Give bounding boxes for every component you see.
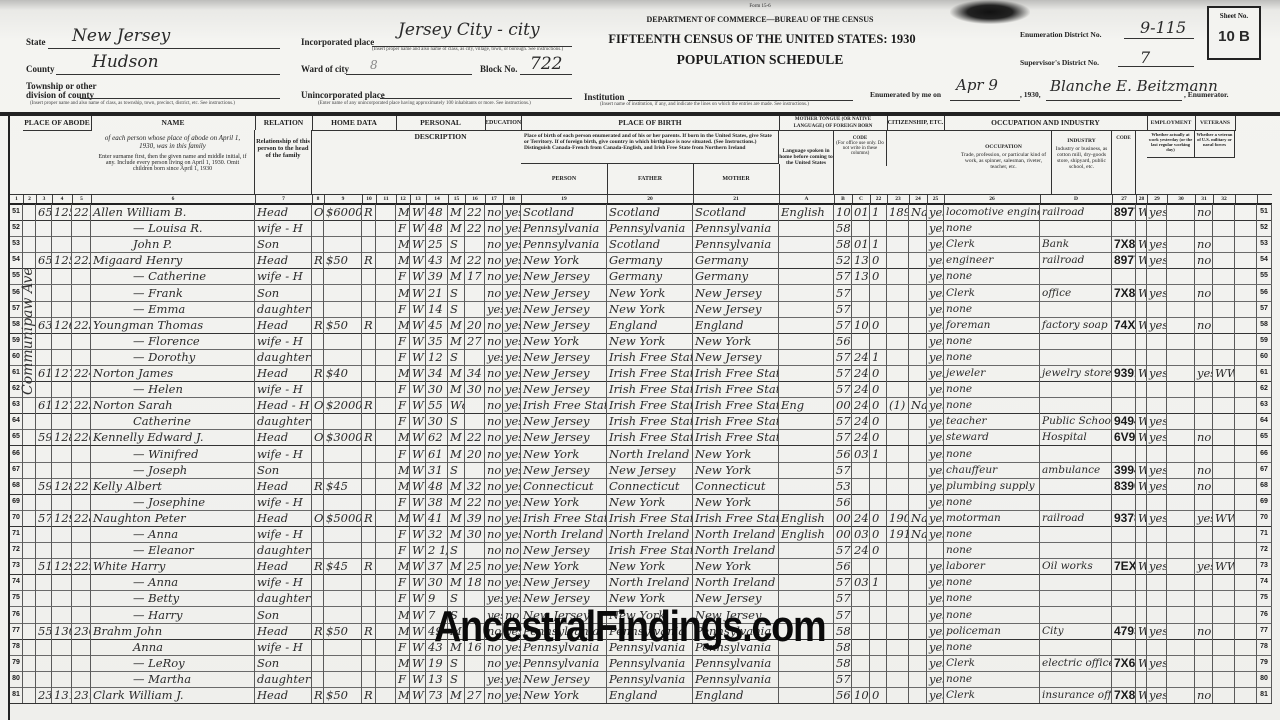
cell-birth: New York [521,446,607,462]
cell-vet-war [1213,429,1235,445]
cell-line: 69 [10,494,23,510]
cell-birth: New Jersey [521,317,607,333]
cell-sex: F [396,349,410,365]
cell-father: Scotland [607,236,693,252]
cell-code-d [1112,301,1136,317]
cell-right-line: 54 [1257,252,1272,268]
enumerated-date: Apr 9 [956,76,998,94]
cell-farm-sched [1235,510,1257,526]
cell-family [72,333,91,349]
cell-farm-sched [1235,655,1257,671]
cell-emp: yes [1147,478,1167,494]
cell-sex: F [396,446,410,462]
cell-relation: wife - H [255,268,312,284]
cell-tongue [779,220,834,236]
cell-natur: Na [909,397,927,413]
cell-street [23,478,36,494]
cell-industry: jewelry store [1040,365,1112,381]
cell-age-married: 22 [465,220,485,236]
cell-house: 57 [36,510,52,526]
cell-natur [909,220,927,236]
cell-english: yes [927,623,944,639]
cell-vet-war [1213,446,1235,462]
cell-farm-sched [1235,397,1257,413]
cell-relation: Head [255,478,312,494]
cell-name: — Helen [91,381,255,397]
cell-father: Irish Free State [607,381,693,397]
cell-english: yes [927,526,944,542]
cell-dwelling [52,236,72,252]
column-number: 11 [376,195,397,203]
cell-emp [1147,333,1167,349]
cell-age-married: 39 [465,510,485,526]
cell-line: 75 [10,590,23,606]
cell-house [36,333,52,349]
cell-class: W [1136,429,1147,445]
cell-vet-war: WW [1213,365,1235,381]
cell-farm [376,252,396,268]
cell-farm [376,542,396,558]
veterans-desc: Whether a veteran of U.S. military or na… [1195,130,1235,158]
cell-vet-war [1213,607,1235,623]
cell-occupation: none [944,526,1040,542]
cell-code-d: 7X63 [1112,655,1136,671]
enum-district-label: Enumeration District No. [1020,30,1101,39]
cell-sex: M [396,236,410,252]
cell-code-b: 24 [852,510,870,526]
cell-code-a: 00 [834,510,852,526]
cell-birth: New York [521,558,607,574]
enumerator-label: , Enumerator. [1184,90,1229,99]
cell-age: 30 [426,381,448,397]
cell-code-c: 0 [870,526,887,542]
cell-class: W [1136,510,1147,526]
cell-radio: R [362,252,376,268]
cell-relation: Head [255,252,312,268]
cell-immig [887,365,909,381]
cell-mother: Scotland [693,204,779,220]
cell-farm [376,655,396,671]
cell-unemp [1167,333,1195,349]
cell-vet: no [1195,478,1213,494]
cell-farm-sched [1235,252,1257,268]
cell-vet-war [1213,301,1235,317]
table-row: 80— MarthadaughterFW13SyesyesNew JerseyP… [10,671,1272,688]
cell-code-a: 57 [834,268,852,284]
cell-family [72,285,91,301]
cell-farm-sched [1235,349,1257,365]
cell-radio [362,478,376,494]
cell-unemp [1167,462,1195,478]
cell-marital: M [448,494,465,510]
cell-age-married: 32 [465,478,485,494]
cell-vet-war [1213,268,1235,284]
cell-value: $50 [324,317,362,333]
cell-right-line: 74 [1257,574,1272,590]
cell-radio [362,542,376,558]
cell-family [72,542,91,558]
cell-industry [1040,381,1112,397]
township-note: (Insert proper name and also name of cla… [30,101,290,106]
cell-farm [376,349,396,365]
cell-immig [887,478,909,494]
cell-marital: M [448,365,465,381]
cell-name: — LeRoy [91,655,255,671]
cell-natur: Na [909,510,927,526]
cell-vet [1195,220,1213,236]
cell-unemp [1167,397,1195,413]
cell-code-a: 57 [834,365,852,381]
margin-note: Communipaw Ave [20,267,36,395]
cell-radio [362,639,376,655]
cell-class: W [1136,558,1147,574]
cell-industry: factory soap [1040,317,1112,333]
cell-school: no [485,252,503,268]
cell-house: 65 [36,252,52,268]
cell-owned: O [312,510,324,526]
column-number: 5 [72,195,92,203]
group-education: EDUCATION [485,116,522,131]
cell-read: yes [503,687,521,703]
cell-age-married [465,397,485,413]
cell-tongue [779,236,834,252]
cell-natur [909,623,927,639]
cell-name: Clark William J. [91,687,255,703]
cell-family [72,381,91,397]
cell-vet-war [1213,687,1235,703]
cell-radio [362,607,376,623]
cell-vet: no [1195,429,1213,445]
cell-relation: Head [255,365,312,381]
cell-birth: New Jersey [521,542,607,558]
cell-school: no [485,558,503,574]
cell-occupation: jeweler [944,365,1040,381]
cell-class [1136,446,1147,462]
block-value: 722 [530,54,562,74]
state-label: State [26,37,46,47]
cell-class [1136,349,1147,365]
cell-school: no [485,429,503,445]
cell-owned [312,574,324,590]
cell-owned [312,542,324,558]
cell-natur [909,381,927,397]
cell-dwelling [52,542,72,558]
cell-vet [1195,333,1213,349]
cell-code-d [1112,542,1136,558]
cell-family [72,526,91,542]
cell-age: 30 [426,574,448,590]
cell-industry [1040,397,1112,413]
cell-tongue [779,671,834,687]
cell-marital: M [448,429,465,445]
cell-relation: Head [255,317,312,333]
cell-farm [376,413,396,429]
cell-immig: 1891 [887,204,909,220]
cell-farm-sched [1235,558,1257,574]
cell-birth: Pennsylvania [521,220,607,236]
name-column-header: of each person whose place of abode on A… [91,130,255,194]
cell-radio [362,462,376,478]
cell-radio [362,349,376,365]
cell-english: yes [927,349,944,365]
cell-right-line: 51 [1257,204,1272,220]
cell-read: yes [503,204,521,220]
cell-school: no [485,268,503,284]
column-number: 7 [255,195,313,203]
cell-owned [312,268,324,284]
cell-street [23,607,36,623]
cell-right-line: 78 [1257,639,1272,655]
column-number: 16 [465,195,486,203]
cell-class: W [1136,478,1147,494]
cell-right-line: 59 [1257,333,1272,349]
cell-radio [362,526,376,542]
cell-english: yes [927,574,944,590]
cell-value [324,590,362,606]
cell-sex: M [396,607,410,623]
cell-relation: wife - H [255,446,312,462]
cell-house [36,590,52,606]
cell-right-line: 80 [1257,671,1272,687]
code-header: CODE (For office use only. Do not write … [834,130,887,166]
cell-name: — Frank [91,285,255,301]
cell-school: no [485,285,503,301]
cell-birth: Pennsylvania [521,236,607,252]
cell-right-line: 56 [1257,285,1272,301]
cell-name: Norton Sarah [91,397,255,413]
cell-code-a: 00 [834,397,852,413]
cell-marital: M [448,574,465,590]
cell-unemp [1167,381,1195,397]
institution-label: Institution [584,92,625,102]
cell-tongue [779,413,834,429]
cell-father: England [607,687,693,703]
cell-immig [887,574,909,590]
cell-vet [1195,268,1213,284]
cell-english: yes [927,558,944,574]
cell-tongue [779,429,834,445]
cell-relation: wife - H [255,220,312,236]
column-number: D [1040,195,1113,203]
cell-unemp [1167,268,1195,284]
cell-tongue [779,655,834,671]
cell-owned [312,349,324,365]
cell-sex: F [396,413,410,429]
cell-dwelling [52,655,72,671]
cell-father: Germany [607,268,693,284]
cell-owned [312,607,324,623]
cell-sex: M [396,478,410,494]
cell-age-married: 20 [465,446,485,462]
table-row: 5465125222Migaard HenryHeadR$50RMW43M22n… [10,252,1272,269]
cell-english: yes [927,333,944,349]
cell-family: 228 [72,510,91,526]
cell-race: W [410,285,426,301]
cell-father: England [607,317,693,333]
cell-age-married: 18 [465,574,485,590]
cell-owned [312,301,324,317]
cell-age-married: 34 [465,365,485,381]
cell-age-married: 22 [465,252,485,268]
cell-immig [887,333,909,349]
cell-name: — Dorothy [91,349,255,365]
cell-relation: wife - H [255,381,312,397]
cell-race: W [410,381,426,397]
cell-house: 65 [36,204,52,220]
cell-occupation: motorman [944,510,1040,526]
cell-sex: M [396,204,410,220]
cell-marital: S [448,671,465,687]
cell-tongue [779,381,834,397]
cell-race: W [410,446,426,462]
cell-relation: Head [255,429,312,445]
column-number: 25 [927,195,945,203]
cell-sex: M [396,655,410,671]
cell-emp: yes [1147,317,1167,333]
cell-code-a: 56 [834,494,852,510]
cell-unemp [1167,204,1195,220]
cell-code-d: 9494 [1112,413,1136,429]
cell-birth: New Jersey [521,671,607,687]
cell-emp [1147,268,1167,284]
cell-unemp [1167,510,1195,526]
supervisor-district-value: 7 [1140,48,1150,67]
cell-unemp [1167,607,1195,623]
cell-code-b: 24 [852,365,870,381]
cell-english: yes [927,446,944,462]
cell-sex: F [396,590,410,606]
cell-occupation: chauffeur [944,462,1040,478]
cell-code-c [870,655,887,671]
cell-code-a: 52 [834,252,852,268]
cell-right-line: 53 [1257,236,1272,252]
cell-english: yes [927,671,944,687]
cell-dwelling: 126 [52,317,72,333]
cell-unemp [1167,639,1195,655]
cell-natur [909,349,927,365]
cell-radio [362,590,376,606]
cell-dwelling [52,607,72,623]
cell-line: 72 [10,542,23,558]
cell-house [36,639,52,655]
cell-school: no [485,510,503,526]
cell-father: North Ireland [607,526,693,542]
cell-house [36,494,52,510]
cell-race: W [410,236,426,252]
cell-birth: New Jersey [521,413,607,429]
cell-code-d: 8977 [1112,252,1136,268]
cell-farm [376,526,396,542]
cell-farm-sched [1235,671,1257,687]
cell-read: yes [503,365,521,381]
cell-race: W [410,526,426,542]
cell-read: yes [503,268,521,284]
cell-school: no [485,494,503,510]
cell-code-a: 58 [834,236,852,252]
cell-relation: daughter [255,590,312,606]
cell-relation: Head [255,687,312,703]
cell-farm [376,558,396,574]
cell-name: — Emma [91,301,255,317]
cell-age: 19 [426,655,448,671]
group-place-of-abode: PLACE OF ABODE [23,116,92,131]
cell-value [324,381,362,397]
cell-farm-sched [1235,574,1257,590]
cell-family [72,446,91,462]
cell-dwelling [52,285,72,301]
column-number: 29 [1147,195,1168,203]
cell-english: yes [927,590,944,606]
group-relation: RELATION [255,116,313,130]
cell-street [23,655,36,671]
cell-birth: New Jersey [521,301,607,317]
cell-street [23,639,36,655]
cell-occupation: none [944,494,1040,510]
cell-vet: no [1195,462,1213,478]
cell-age: 35 [426,333,448,349]
cell-code-c [870,607,887,623]
table-row: 6859128227Kelly AlbertHeadR$45MW48M32noy… [10,478,1272,495]
cell-street [23,397,36,413]
cell-radio [362,381,376,397]
group-occupation: OCCUPATION AND INDUSTRY [944,116,1148,131]
cell-sex: F [396,301,410,317]
cell-read: yes [503,301,521,317]
cell-code-b: 24 [852,542,870,558]
cell-house [36,574,52,590]
cell-industry: office [1040,285,1112,301]
cell-race: W [410,623,426,639]
cell-farm-sched [1235,413,1257,429]
cell-race: W [410,413,426,429]
cell-farm [376,590,396,606]
cell-english: yes [927,301,944,317]
cell-house [36,285,52,301]
institution-note: (Insert name of institution, if any, and… [600,102,870,107]
cell-name: — Catherine [91,268,255,284]
cell-father: North Ireland [607,446,693,462]
cell-class: W [1136,236,1147,252]
cell-line: 68 [10,478,23,494]
cell-marital: M [448,526,465,542]
cell-farm [376,333,396,349]
cell-unemp [1167,349,1195,365]
cell-birth: North Ireland [521,526,607,542]
cell-marital: S [448,413,465,429]
cell-dwelling [52,301,72,317]
table-row: 52— Louisa R.wife - HFW48M22noyesPennsyl… [10,220,1272,237]
table-row: 64CatherinedaughterFW30SnoyesNew JerseyI… [10,413,1272,430]
cell-code-a: 58 [834,655,852,671]
cell-right-line: 67 [1257,462,1272,478]
cell-sex: F [396,671,410,687]
cell-sex: F [396,494,410,510]
cell-class [1136,590,1147,606]
column-number: 30 [1167,195,1196,203]
cell-family [72,268,91,284]
cell-class [1136,671,1147,687]
cell-name: John P. [91,236,255,252]
cell-marital: S [448,655,465,671]
cell-mother: New York [693,462,779,478]
cell-unemp [1167,623,1195,639]
cell-occupation: none [944,301,1040,317]
cell-house [36,526,52,542]
cell-vet-war [1213,317,1235,333]
cell-code-b [852,494,870,510]
cell-school: no [485,526,503,542]
cell-mother: England [693,317,779,333]
